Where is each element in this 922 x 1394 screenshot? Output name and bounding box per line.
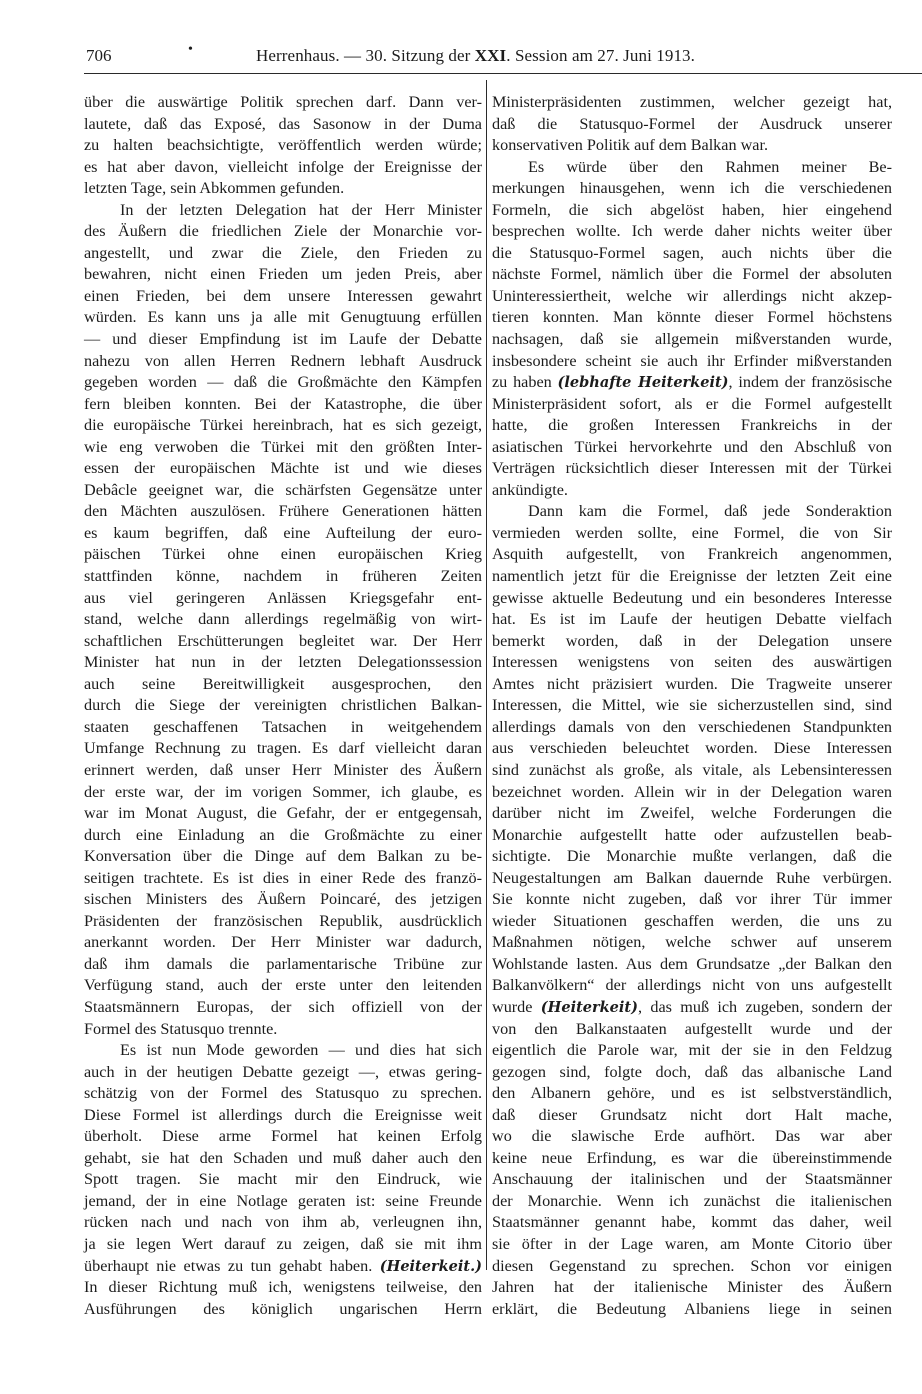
text-line: sischen Ministers des Äußern Poincaré, d… xyxy=(84,889,482,911)
column-divider xyxy=(486,80,487,1270)
text-line: hat. Es ist im Laufe der heutigen Debatt… xyxy=(492,609,892,631)
text-line: besprechen wollte. Ich werde daher nicht… xyxy=(492,221,892,243)
text-line: diesen Gegenstand zu sprechen. Schon vor… xyxy=(492,1256,892,1278)
stage-direction: (lebhafte Heiterkeit) xyxy=(558,374,729,391)
text-line: letzten Tage, sein Abkommen gefunden. xyxy=(84,178,482,200)
text-line: Minister hat nun in der letzten Delegati… xyxy=(84,652,482,674)
text-line: jemand, der in eine Notlage geraten ist:… xyxy=(84,1191,482,1213)
text-line: anerkannt worden. Der Herr Minister war … xyxy=(84,932,482,954)
text-line: päischen Türkei ohne einen europäischen … xyxy=(84,544,482,566)
text-line: Ausführungen des königlich ungarischen H… xyxy=(84,1299,482,1321)
text-line: der Monarchie. Wenn ich zunächst die ita… xyxy=(492,1191,892,1213)
text-line: gegeben worden — daß die Großmächte den … xyxy=(84,372,482,394)
text-line: rücken nach und nach von ihm ab, verleug… xyxy=(84,1212,482,1234)
text-line: Es würde über den Rahmen meiner Be- xyxy=(492,157,892,179)
right-column: Ministerpräsidenten zustimmen, welcher g… xyxy=(492,92,892,1320)
text-line: Interessen wenigstens von seiten des aus… xyxy=(492,652,892,674)
text-line: Präsidenten der französischen Republik, … xyxy=(84,911,482,933)
text-line: stand, welche dann allerdings regelmäßig… xyxy=(84,609,482,631)
text-line: Anschauung der italinischen und der Staa… xyxy=(492,1169,892,1191)
text-line: nächste Formel, nämlich über die Formel … xyxy=(492,264,892,286)
text-line: tieren konnten. Man könnte dieser Formel… xyxy=(492,307,892,329)
text-line: aus viel geringeren Anlässen Kriegsgefah… xyxy=(84,588,482,610)
text-line: In dieser Richtung muß ich, wenigstens t… xyxy=(84,1277,482,1299)
text-line: Ministerpräsidenten zustimmen, welcher g… xyxy=(492,92,892,114)
text-line: sie öfter in der Lage waren, am Monte Ci… xyxy=(492,1234,892,1256)
text-line: Formel des Statusquo trennte. xyxy=(84,1019,482,1041)
text-line: würden. Es kann uns ja alle mit Genugtuu… xyxy=(84,307,482,329)
text-line: ja sie legen Wert darauf zu zeigen, daß … xyxy=(84,1234,482,1256)
text-line: In der letzten Delegation hat der Herr M… xyxy=(84,200,482,222)
text-line: die europäische Türkei hereinbrach, hat … xyxy=(84,415,482,437)
text-line: Balkanvölkern“ der allerdings nicht von … xyxy=(492,975,892,997)
text-line: überhaupt nie etwas zu tun gehabt haben.… xyxy=(84,1256,482,1278)
text-line: gezogen sind, folgte doch, daß das alban… xyxy=(492,1062,892,1084)
text-line: daß die Statusquo-Formel der Ausdruck un… xyxy=(492,114,892,136)
text-line: den Albanern gehöre, und es ist selbstve… xyxy=(492,1083,892,1105)
text-line: konservativen Politik auf dem Balkan war… xyxy=(492,135,892,157)
text-line: zu halten beachsichtigte, veröffentlich … xyxy=(84,135,482,157)
page-number: 706 xyxy=(86,46,112,66)
text-line: wo die slawische Erde aufhört. Das war a… xyxy=(492,1126,892,1148)
text-line: Staatsmännern Europas, der sich offiziel… xyxy=(84,997,482,1019)
running-title-post: . Session am 27. Juni 1913. xyxy=(506,46,695,65)
text-line: war im Monat August, die Gefahr, der er … xyxy=(84,803,482,825)
text-line: zu haben (lebhafte Heiterkeit), indem de… xyxy=(492,372,892,394)
session-roman-numeral: XXI xyxy=(475,46,506,65)
running-title-pre: Herrenhaus. — 30. Sitzung der xyxy=(256,46,475,65)
running-title: Herrenhaus. — 30. Sitzung der XXI. Sessi… xyxy=(256,46,695,66)
text-line: über die auswärtige Politik sprechen dar… xyxy=(84,92,482,114)
text-line: erklärt, die Bedeutung Albaniens liege i… xyxy=(492,1299,892,1321)
text-line: nahezu von allen Herren Rednern lebhaft … xyxy=(84,351,482,373)
text-line: auch seine Bereitwilligkeit ausgesproche… xyxy=(84,674,482,696)
text-line: darüber nicht im Zweifel, welche Forderu… xyxy=(492,803,892,825)
text-line: aus verschieden beleuchtet worden. Diese… xyxy=(492,738,892,760)
text-line: Konversation über die Dinge auf dem Balk… xyxy=(84,846,482,868)
text-line: staaten geschaffenen Tatsachen in weitge… xyxy=(84,717,482,739)
text-line: Es ist nun Mode geworden — und dies hat … xyxy=(84,1040,482,1062)
text-line: angestellt, und zwar die Ziele, den Frie… xyxy=(84,243,482,265)
text-line: gehabt, sie hat den Schaden und muß dahe… xyxy=(84,1148,482,1170)
text-line: vermieden werden sollte, eine Formel, di… xyxy=(492,523,892,545)
text-line: gewisse aktuelle Bedeutung und ein beson… xyxy=(492,588,892,610)
text-line: merkungen hinausgehen, wenn ich die vers… xyxy=(492,178,892,200)
text-line: essen der europäischen Mächte ist und wi… xyxy=(84,458,482,480)
text-line: Monarchie aufgestellt hatte oder aufzust… xyxy=(492,825,892,847)
text-line: wurde (Heiterkeit), das muß ich zugeben,… xyxy=(492,997,892,1019)
text-line: sichtigte. Die Monarchie mußte verlangen… xyxy=(492,846,892,868)
text-line: Ministerpräsident sofort, als er die For… xyxy=(492,394,892,416)
text-line: Jahren hat der italienische Minister des… xyxy=(492,1277,892,1299)
text-line: Spott tragen. Sie macht mir den Eindruck… xyxy=(84,1169,482,1191)
text-line: fern bleiben konnten. Bei der Katastroph… xyxy=(84,394,482,416)
text-line: durch die Siege der vereinigten christli… xyxy=(84,695,482,717)
text-line: Diese Formel ist allerdings durch die Er… xyxy=(84,1105,482,1127)
text-line: einen Frieden, bei dem unsere Interessen… xyxy=(84,286,482,308)
text-line: Formeln, die sich abgelöst haben, hier e… xyxy=(492,200,892,222)
text-line: Asquith aufgestellt, von Frankreich ange… xyxy=(492,544,892,566)
text-line: Wohlstande lasten. Aus dem Grundsatze „d… xyxy=(492,954,892,976)
text-line: erinnert werden, daß unser Herr Minister… xyxy=(84,760,482,782)
text-line: Interessen, die Mittel, wie sie sicherzu… xyxy=(492,695,892,717)
text-line: Maßnahmen nötigen, welche schwer auf uns… xyxy=(492,932,892,954)
text-line: den Mächten auszulösen. Frühere Generati… xyxy=(84,501,482,523)
text-line: bewahren, nicht einen Frieden um jeden P… xyxy=(84,264,482,286)
text-line: Amtes nicht präzisiert wurden. Die Tragw… xyxy=(492,674,892,696)
text-line: durch eine Einladung an die Großmächte z… xyxy=(84,825,482,847)
text-line: auch in der heutigen Debatte gezeigt —, … xyxy=(84,1062,482,1084)
bullet-mark: • xyxy=(188,42,193,58)
left-column: über die auswärtige Politik sprechen dar… xyxy=(84,92,482,1320)
text-line: des Äußern die friedlichen Ziele der Mon… xyxy=(84,221,482,243)
text-line: Verträgen rücksichtlich dieser Interesse… xyxy=(492,458,892,480)
text-line: — und dieser Empfindung ist im Laufe der… xyxy=(84,329,482,351)
text-line: bezeichnet worden. Allein wir in der Del… xyxy=(492,782,892,804)
text-line: Debâcle geeignet war, die schärfsten Geg… xyxy=(84,480,482,502)
text-line: sind zunächst als große, als vitale, als… xyxy=(492,760,892,782)
text-line: Neugestaltungen am Balkan dauernde Ruhe … xyxy=(492,868,892,890)
text-line: Dann kam die Formel, daß jede Sonderakti… xyxy=(492,501,892,523)
text-line: hatte, die großen Interessen Frankreichs… xyxy=(492,415,892,437)
text-line: seitigen trachtete. Es ist dies in einer… xyxy=(84,868,482,890)
text-line: Uninteressiertheit, welche wir allerding… xyxy=(492,286,892,308)
text-line: ankündigte. xyxy=(492,480,892,502)
stage-direction: (Heiterkeit.) xyxy=(380,1258,482,1275)
text-line: wie eng verwoben die Türkei mit den größ… xyxy=(84,437,482,459)
text-line: wieder Situationen geschaffen werden, di… xyxy=(492,911,892,933)
text-line: keine neue Erfindung, es war die überein… xyxy=(492,1148,892,1170)
text-line: insbesondere scheint sie auch ihr Erfind… xyxy=(492,351,892,373)
text-line: Verfügung stand, auch der erste unter de… xyxy=(84,975,482,997)
text-line: Sie konnte nicht zugeben, daß vor ihrer … xyxy=(492,889,892,911)
text-line: schätzig von der Formel des Statusquo zu… xyxy=(84,1083,482,1105)
header-rule xyxy=(84,73,922,74)
text-line: die Statusquo-Formel sagen, auch nichts … xyxy=(492,243,892,265)
text-line: nachsagen, daß sie allgemein mißverstand… xyxy=(492,329,892,351)
text-line: bemerkt worden, daß in der Delegation un… xyxy=(492,631,892,653)
text-line: von den Balkanstaaten aufgestellt wurde … xyxy=(492,1019,892,1041)
text-line: Umfange Rechnung zu tragen. Es darf viel… xyxy=(84,738,482,760)
text-line: stattfinden könne, nachdem in früheren Z… xyxy=(84,566,482,588)
text-line: lautete, daß das Exposé, das Sasonow in … xyxy=(84,114,482,136)
text-line: daß dieser Grundsatz nicht dort Halt mac… xyxy=(492,1105,892,1127)
text-line: allerdings damals von den verschiedenen … xyxy=(492,717,892,739)
text-line: überholt. Diese arme Formel hat keinen E… xyxy=(84,1126,482,1148)
text-line: Staatsmänner genannt habe, kommt das dah… xyxy=(492,1212,892,1234)
text-line: es hat aber davon, vielleicht infolge de… xyxy=(84,157,482,179)
text-line: eigentlich die Parole war, mit der sie i… xyxy=(492,1040,892,1062)
text-line: es kaum begriffen, daß eine Aufteilung d… xyxy=(84,523,482,545)
text-line: namentlich jetzt für die Ereignisse der … xyxy=(492,566,892,588)
text-line: schaftlichen Erschütterungen begleitet w… xyxy=(84,631,482,653)
text-line: daß ihm damals die parlamentarische Trib… xyxy=(84,954,482,976)
text-line: der erste war, der im vorigen Sommer, ic… xyxy=(84,782,482,804)
stage-direction: (Heiterkeit) xyxy=(541,999,638,1016)
running-header: 706 • Herrenhaus. — 30. Sitzung der XXI.… xyxy=(78,44,858,70)
text-line: asiatischen Türkei hervorkehrte und den … xyxy=(492,437,892,459)
